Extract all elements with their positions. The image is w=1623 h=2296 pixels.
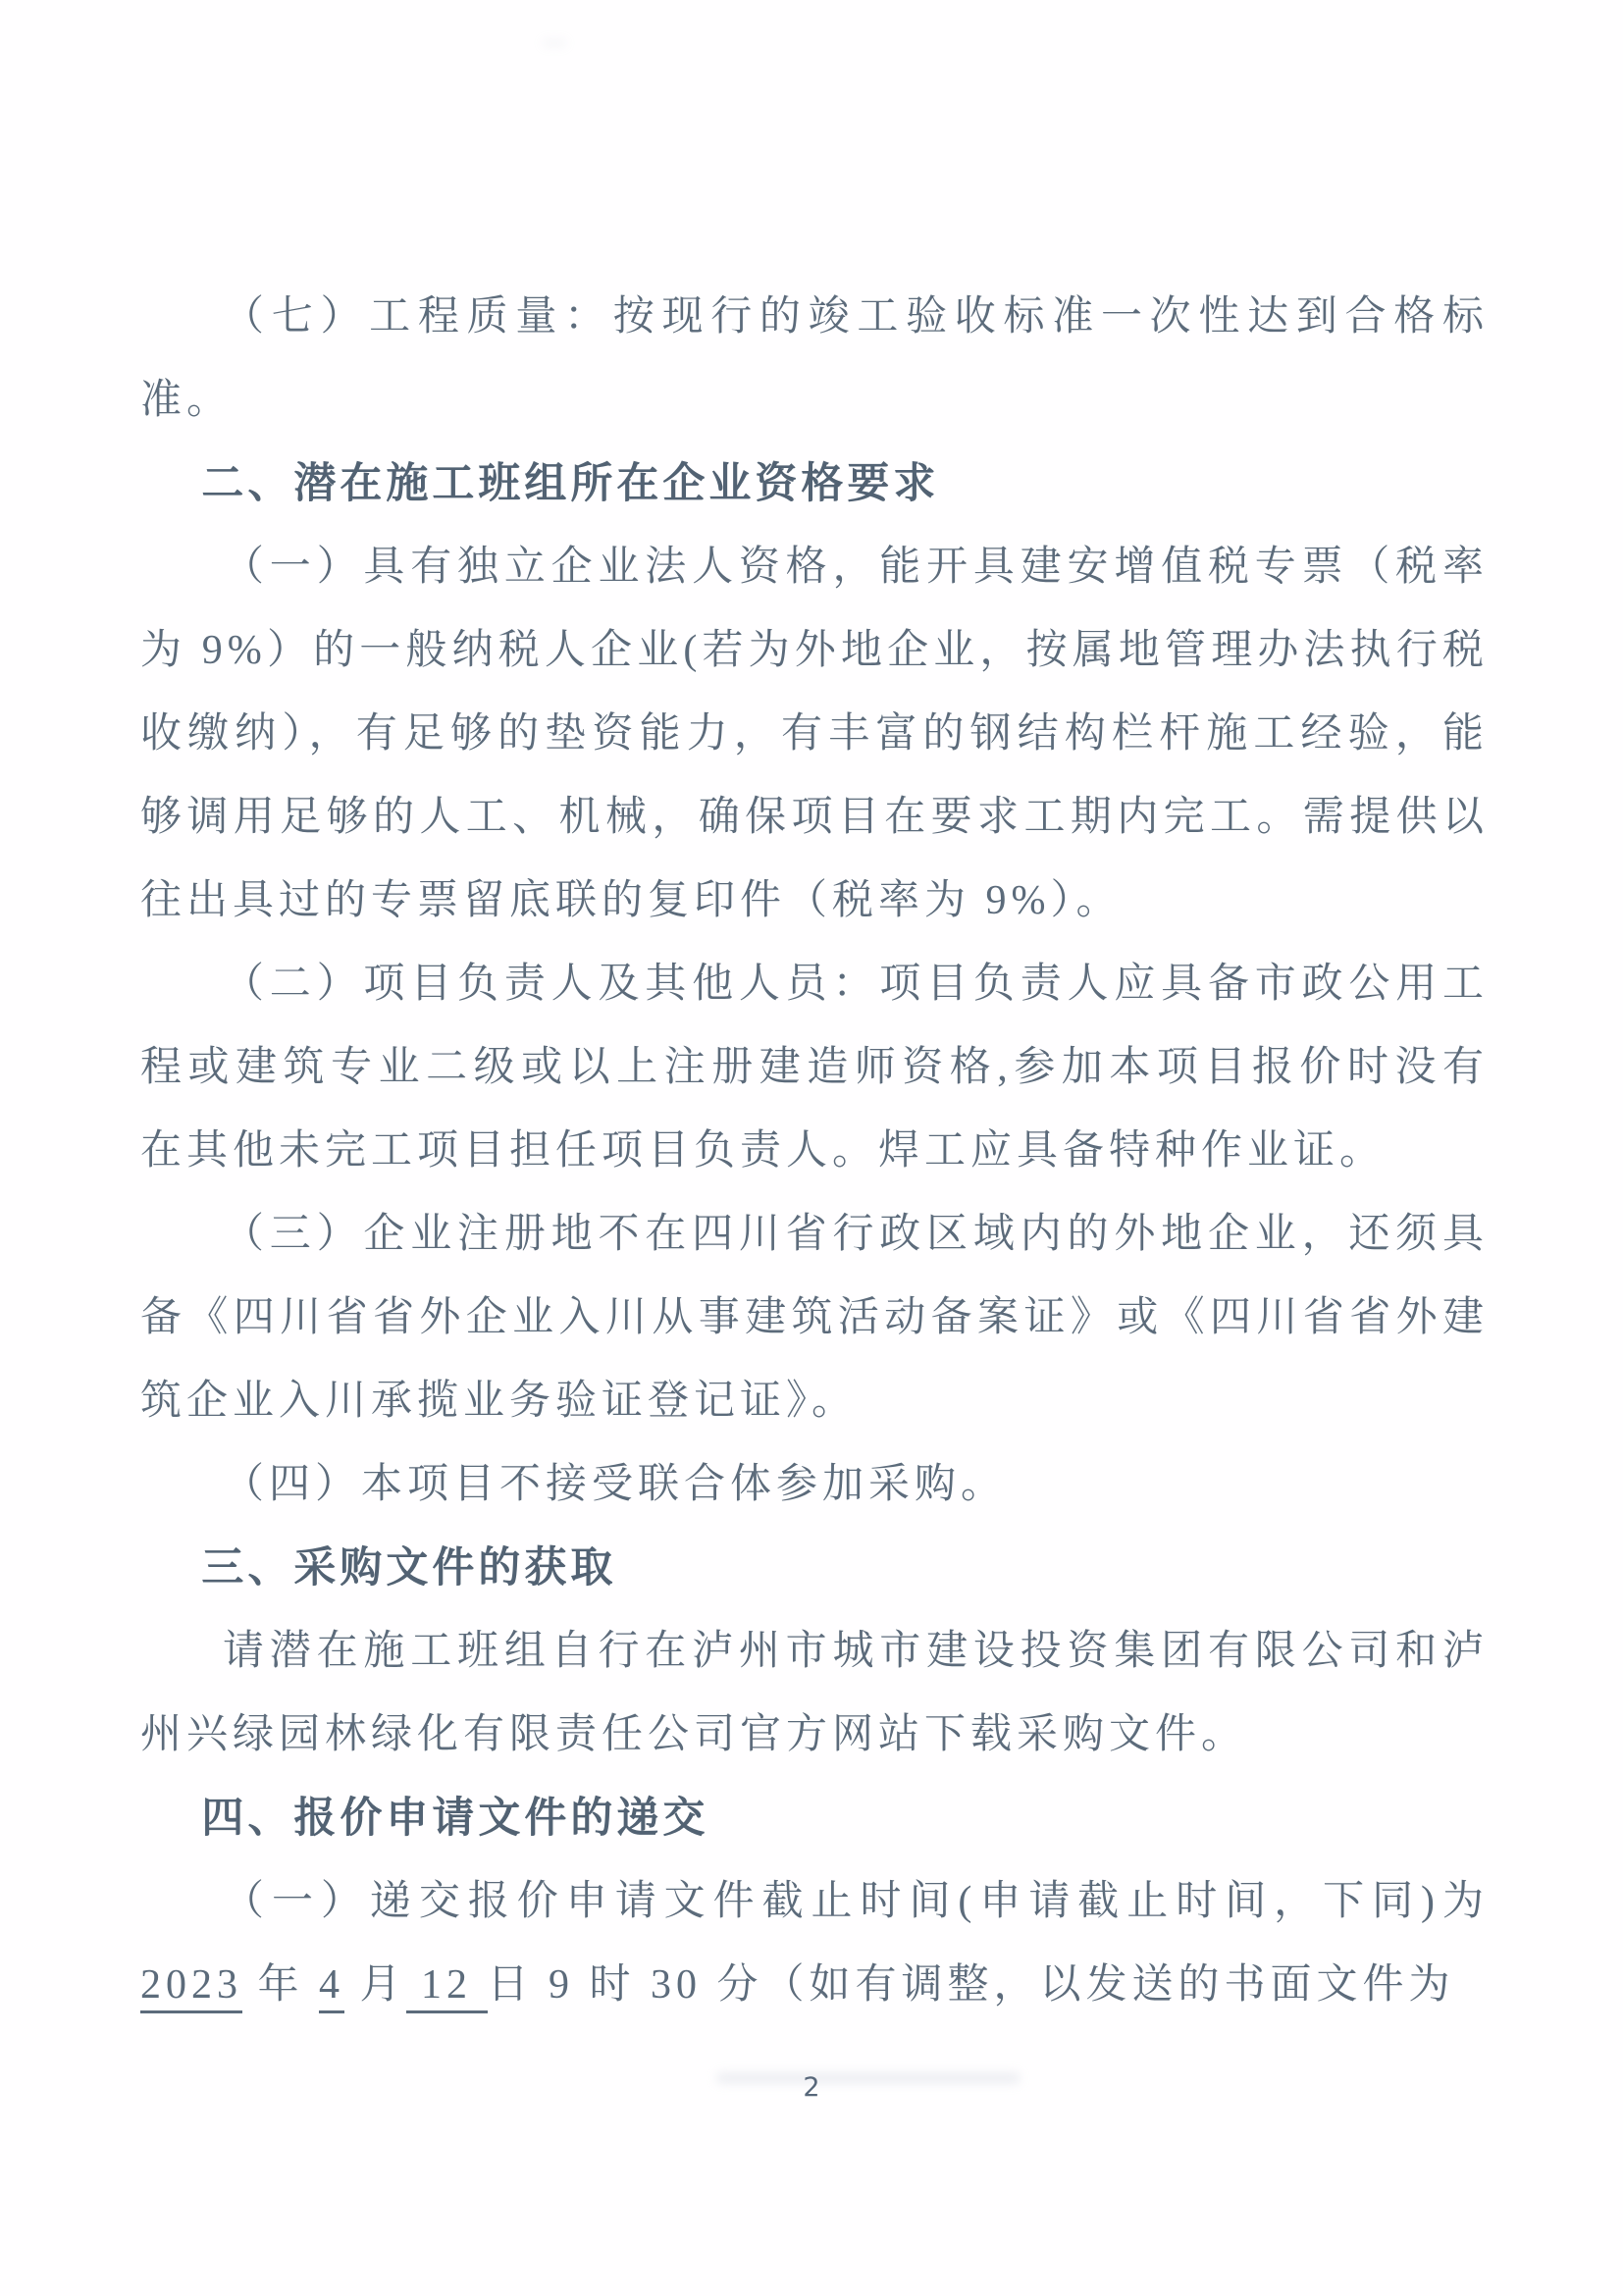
paragraph-item-2-project-manager: （二）项目负责人及其他人员：项目负责人应具备市政公用工程或建筑专业二级或以上注册… xyxy=(140,943,1489,1193)
filled-blank-value: 12 xyxy=(406,1962,488,2013)
paragraph-item-1-legal-entity: （一）具有独立企业法人资格，能开具建安增值税专票（税率为 9%）的一般纳税人企业… xyxy=(140,526,1489,943)
paragraph-item-4-no-consortium: （四）本项目不接受联合体参加采购。 xyxy=(140,1443,1489,1527)
text-segment: 年 xyxy=(242,1962,319,2008)
scan-smudge xyxy=(542,39,567,47)
document-page: （七）工程质量：按现行的竣工验收标准一次性达到合格标准。 二、潜在施工班组所在企… xyxy=(0,0,1623,2296)
section-heading-qualification-requirements: 二、潜在施工班组所在企业资格要求 xyxy=(201,443,1489,526)
section-heading-quotation-submission: 四、报价申请文件的递交 xyxy=(201,1777,1489,1860)
text-segment: 日 9 时 30 分（如有调整，以发送的书面文件为 xyxy=(488,1962,1455,2008)
section-heading-document-acquisition: 三、采购文件的获取 xyxy=(201,1527,1489,1610)
paragraph-deadline: （一）递交报价申请文件截止时间(申请截止时间，下同)为2023 年 4 月 12… xyxy=(140,1860,1489,2027)
page-number: 2 xyxy=(0,2072,1623,2103)
text-segment: （一）递交报价申请文件截止时间(申请截止时间，下同)为 xyxy=(223,1879,1489,1924)
paragraph-project-quality: （七）工程质量：按现行的竣工验收标准一次性达到合格标准。 xyxy=(140,276,1489,443)
text-segment: 月 xyxy=(344,1962,406,2008)
document-text-block: （七）工程质量：按现行的竣工验收标准一次性达到合格标准。 二、潜在施工班组所在企… xyxy=(140,276,1489,2027)
paragraph-download-instruction: 请潜在施工班组自行在泸州市城市建设投资集团有限公司和泸州兴绿园林绿化有限责任公司… xyxy=(140,1610,1489,1777)
filled-blank-value: 2023 xyxy=(140,1962,242,2013)
filled-blank-value: 4 xyxy=(319,1962,344,2013)
paragraph-item-3-out-of-province: （三）企业注册地不在四川省行政区域内的外地企业，还须具备《四川省省外企业入川从事… xyxy=(140,1193,1489,1443)
